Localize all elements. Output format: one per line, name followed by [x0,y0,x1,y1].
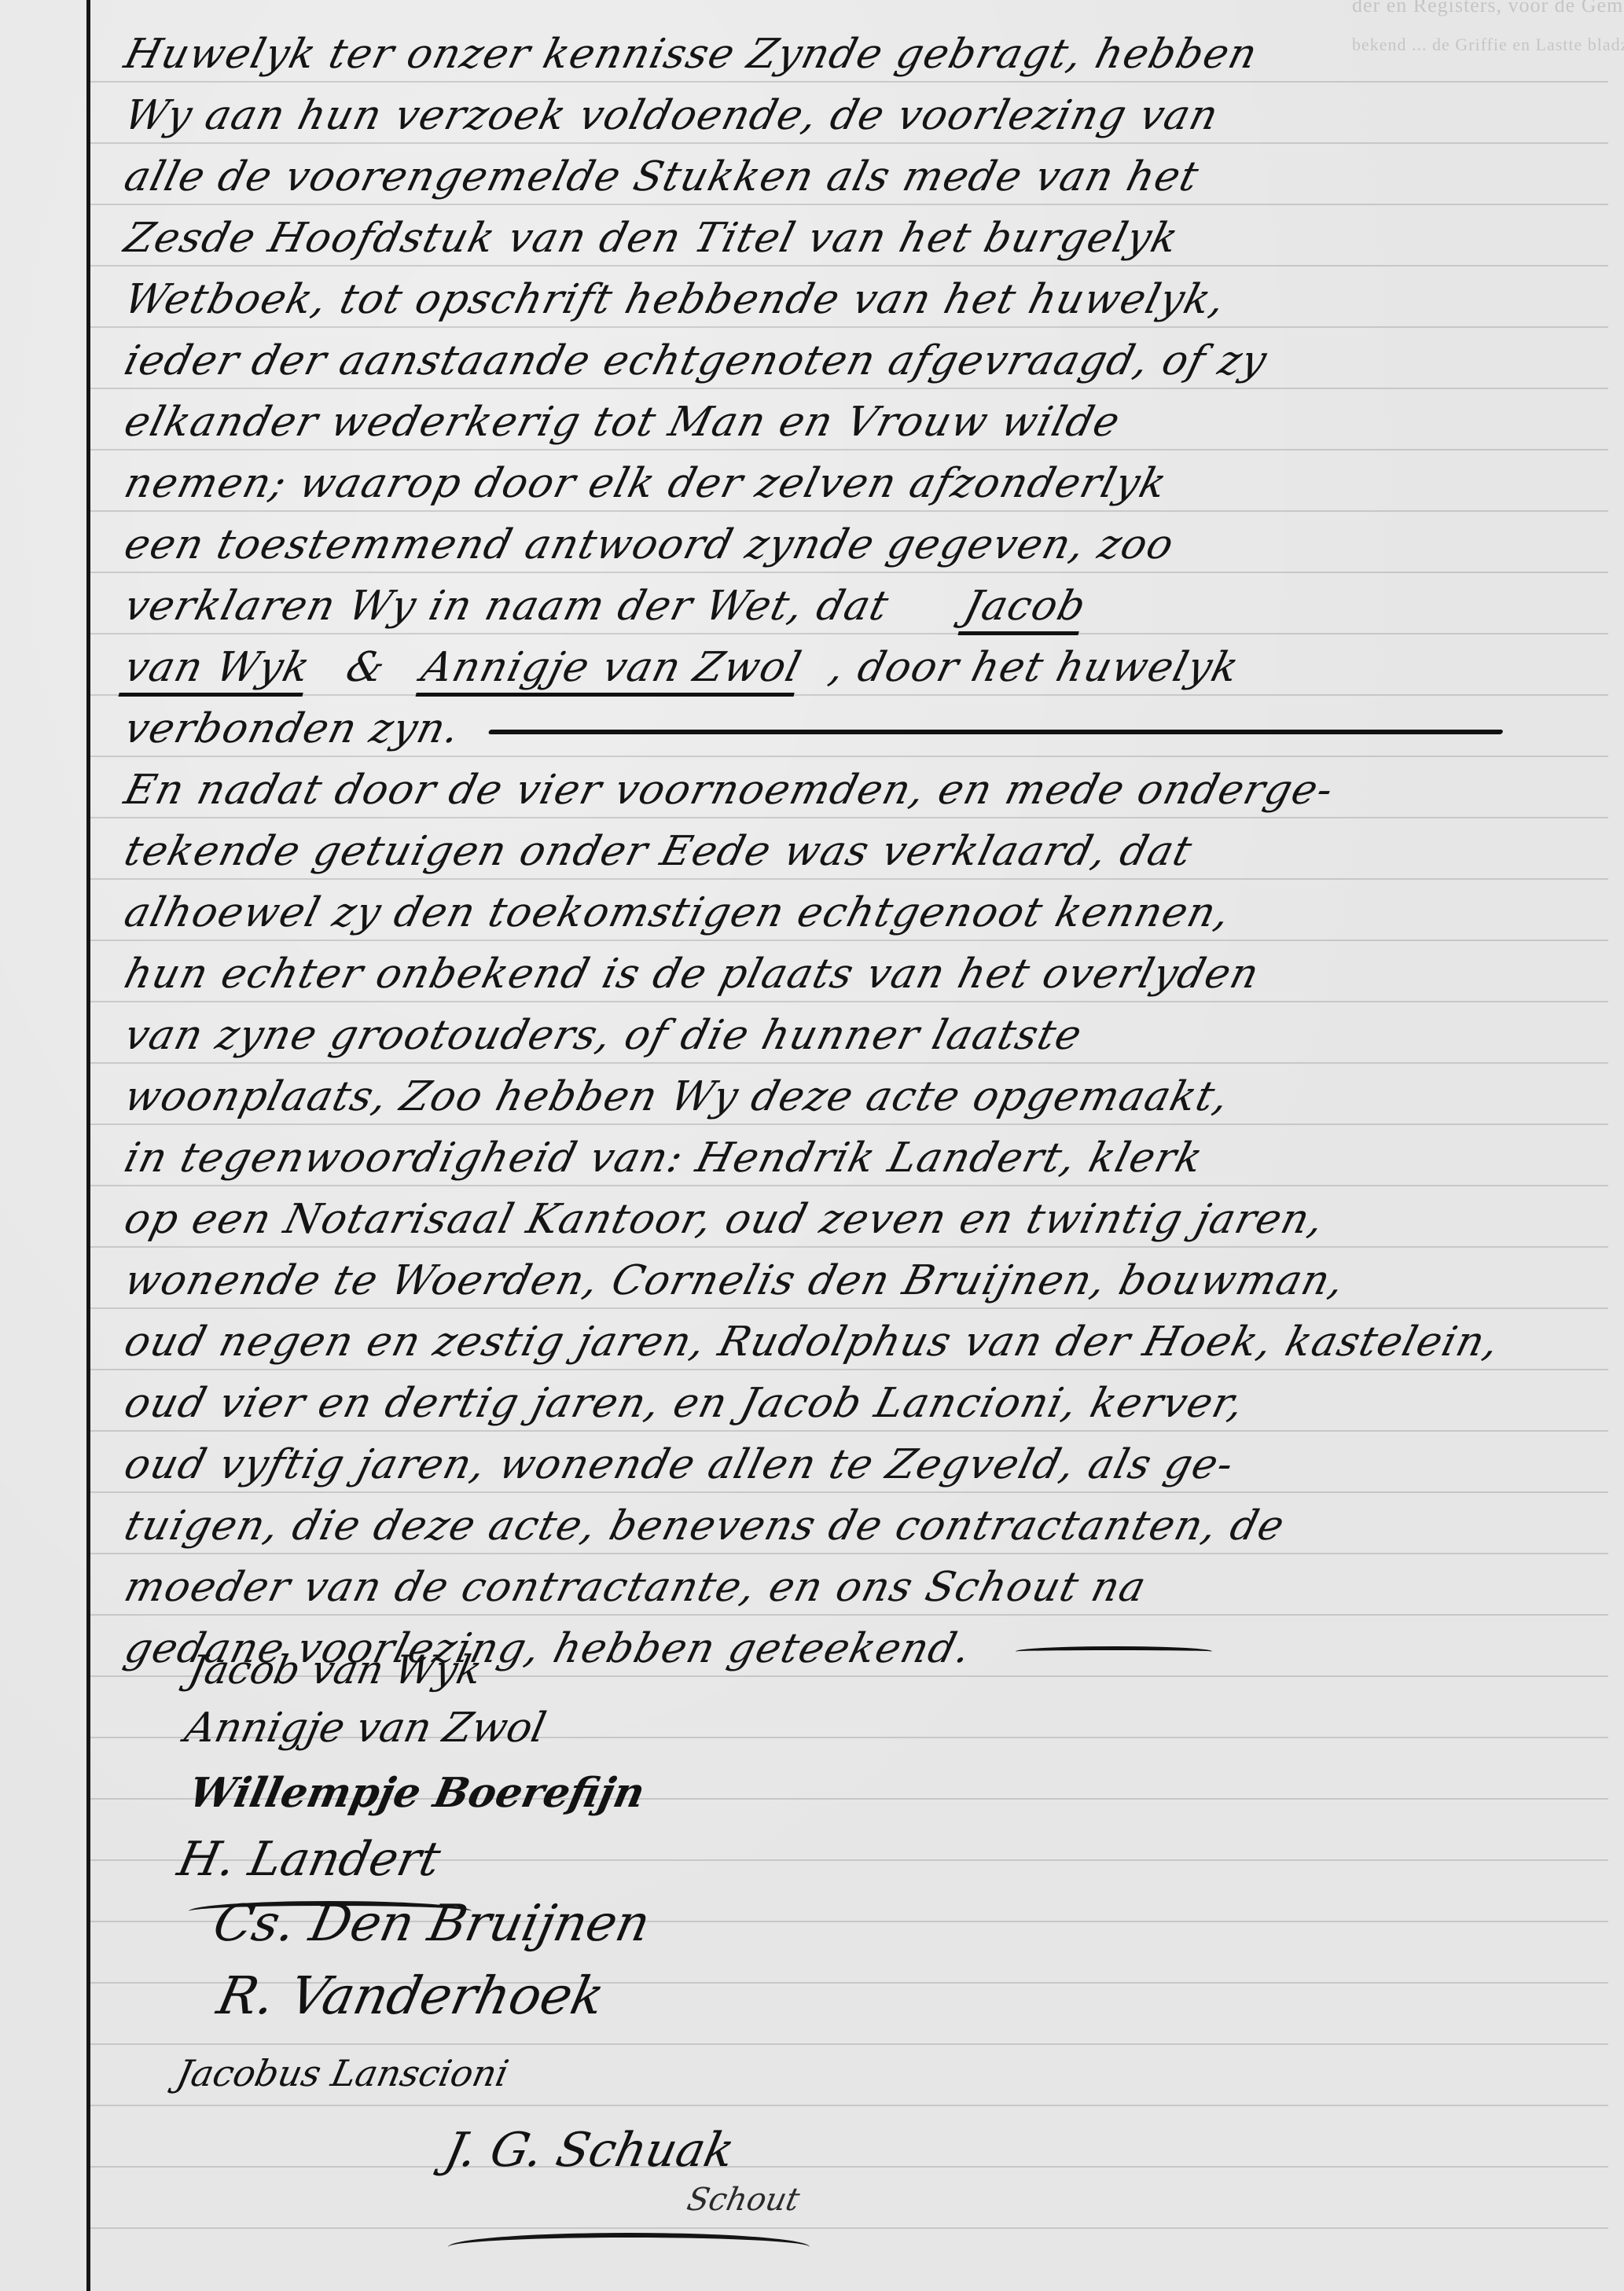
closing-flourish [1014,1646,1213,1657]
body-line: tuigen, die deze acte, benevens de contr… [118,1495,1618,1557]
body-line: verbonden zyn. [119,705,465,752]
body-line: elkander wederkerig tot Man en Vrouw wil… [118,392,1618,453]
signature-witness-vanderhoek: R. Vanderhoek [212,1966,610,2026]
body-line: moeder van de contractante, en ons Schou… [118,1557,1618,1618]
body-line: Wetboek, tot opschrift hebbende van het … [118,269,1618,330]
signature-mother: Willempje Boerefijn [185,1769,649,1817]
body-line: in tegenwoordigheid van: Hendrik Landert… [118,1127,1618,1189]
body-line: oud vyftig jaren, wonende allen te Zegve… [118,1434,1618,1495]
body-line-with-groom: verklaren Wy in naam der Wet, dat Jacob [118,576,1618,637]
body-line-with-names: van Wyk & Annigje van Zwol , door het hu… [118,637,1618,698]
signature-groom: Jacob van Wyk [185,1647,486,1693]
schout-flourish [448,2233,810,2261]
body-line: een toestemmend antwoord zynde gegeven, … [118,514,1618,576]
body-line: wonende te Woerden, Cornelis den Bruijne… [118,1250,1618,1311]
body-line: oud negen en zestig jaren, Rudolphus van… [118,1311,1618,1373]
signature-schout: J. G. Schuak [440,2123,739,2178]
body-line: En nadat door de vier voornoemden, en me… [118,759,1618,821]
document-page: der en Registers, voor de Gemeente van b… [0,0,1624,2291]
body-line: Wy aan hun verzoek voldoende, de voorlez… [118,85,1618,146]
signature-witness-lancioni: Jacobus Lanscioni [173,2052,513,2094]
closing-rule [488,730,1503,734]
groom-last-name: van Wyk [118,644,315,697]
groom-first-name: Jacob [958,583,1092,635]
body-line: woonplaats, Zoo hebben Wy deze acte opge… [118,1066,1618,1127]
body-line-closing-rule: verbonden zyn. [118,698,1618,759]
body-line: oud vier en dertig jaren, en Jacob Lanci… [118,1373,1618,1434]
body-line: Huwelyk ter onzer kennisse Zynde gebragt… [118,24,1618,85]
body-line: van zyne grootouders, of die hunner laat… [118,1005,1618,1066]
body-line: tekende getuigen onder Eede was verklaar… [118,821,1618,882]
bride-name: Annigje van Zwol [415,644,806,697]
body-line: alle de voorengemelde Stukken als mede v… [118,146,1618,208]
signature-witness-den-bruijnen: Cs. Den Bruijnen [208,1895,655,1953]
body-line: verklaren Wy in naam der Wet, dat [119,583,894,630]
body-line: alhoewel zy den toekomstigen echtgenoot … [118,882,1618,943]
body-line: op een Notarisaal Kantoor, oud zeven en … [118,1189,1618,1250]
body-line: hun echter onbekend is de plaats van het… [118,943,1618,1005]
body-line: ieder der aanstaande echtgenoten afgevra… [118,330,1618,392]
signature-bride: Annigje van Zwol [181,1704,550,1752]
signature-title-schout: Schout [684,2182,803,2218]
signature-witness-landert: H. Landert [173,1832,445,1887]
body-line: nemen; waarop door elk der zelven afzond… [118,453,1618,514]
body-line: Zesde Hoofdstuk van den Titel van het bu… [118,208,1618,269]
